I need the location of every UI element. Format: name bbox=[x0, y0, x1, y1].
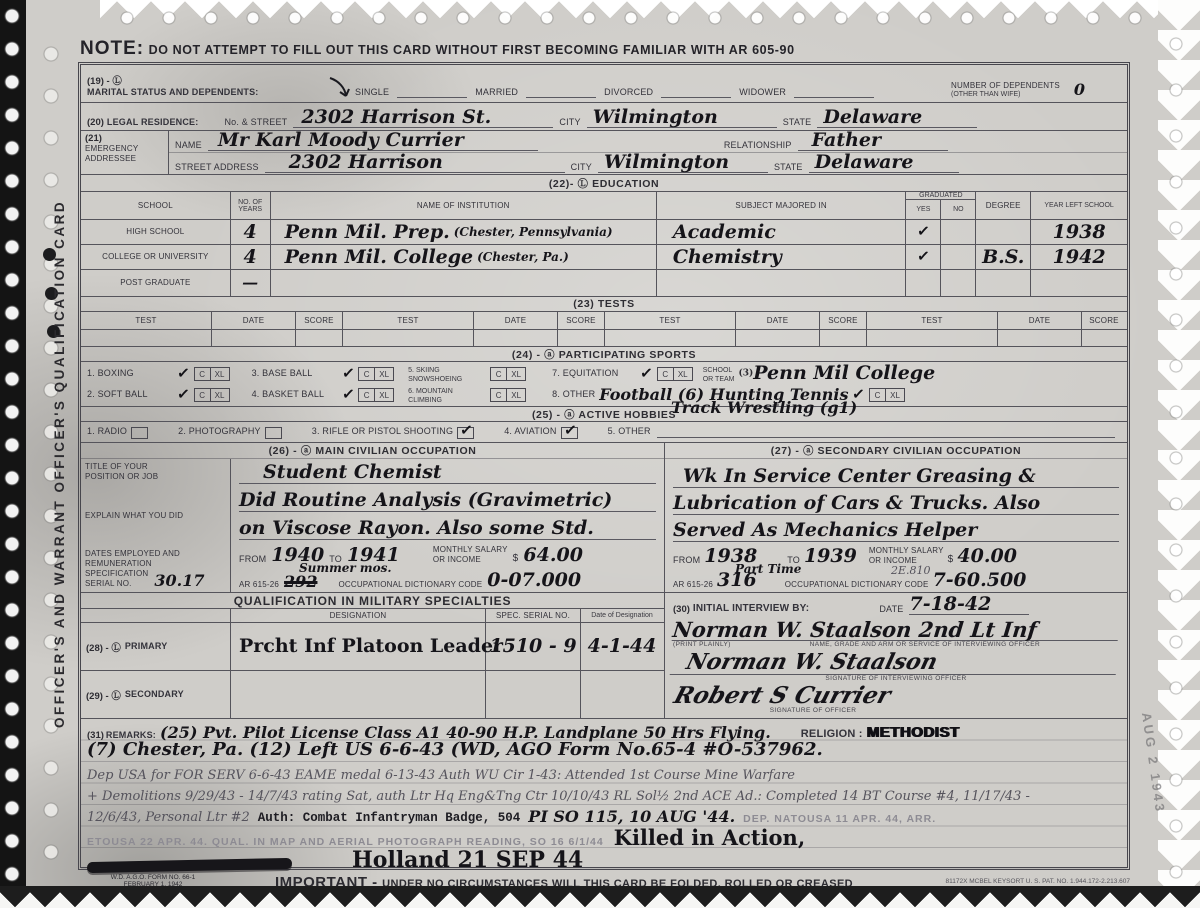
note-text: DO NOT ATTEMPT TO FILL OUT THIS CARD WIT… bbox=[149, 43, 795, 57]
school-or-team-label: SCHOOLOR TEAM bbox=[703, 365, 735, 383]
explain-line-2: on Viscose Rayon. Also some Std. bbox=[239, 518, 656, 540]
sport-boxing: 1. BOXING bbox=[87, 368, 173, 379]
emergency-city-label: CITY bbox=[571, 162, 592, 173]
emergency-city-value: Wilmington bbox=[604, 153, 729, 172]
married-blank bbox=[526, 86, 596, 98]
keysort-notched-edge-bottom bbox=[0, 886, 1200, 908]
explain-label: EXPLAIN WHAT YOU DID bbox=[85, 511, 226, 521]
basketball-cxl-boxes: CXL bbox=[358, 388, 394, 402]
hobbies-title: (25) - ⓐ ACTIVE HOBBIES bbox=[81, 407, 1127, 421]
college-institution-note: (Chester, Pa.) bbox=[477, 251, 569, 263]
section-legal-residence: (20) LEGAL RESIDENCE: No. & STREET 2302 … bbox=[81, 103, 1127, 131]
interview-date-value: 7-18-42 bbox=[909, 595, 1029, 615]
marital-label: MARITAL STATUS AND DEPENDENTS: bbox=[87, 87, 327, 98]
sport-equitation: 7. EQUITATION bbox=[552, 368, 636, 379]
emergency-number: (21) bbox=[85, 133, 164, 144]
relationship-blank: Father bbox=[798, 139, 948, 151]
emergency-state-blank: Delaware bbox=[809, 161, 959, 173]
primary-designation-value: Prcht Inf Platoon Leader bbox=[239, 637, 503, 656]
dependents-block: NUMBER OF DEPENDENTS (OTHER THAN WIFE) 0 bbox=[951, 81, 1121, 98]
emergency-address-value: 2302 Harrison bbox=[289, 153, 443, 172]
check-mark: ✓ bbox=[460, 424, 474, 437]
relationship-label: RELATIONSHIP bbox=[724, 140, 792, 151]
hs-institution-note: (Chester, Pennsylvania) bbox=[454, 226, 613, 238]
form-number: W.D. A.G.O. FORM NO. 66-1 bbox=[78, 874, 228, 881]
sports-row-2: 2. SOFT BALL ✓ CXL 4. BASKET BALL ✓ CXL … bbox=[87, 384, 1121, 405]
secondary-occupation-title: (27) - ⓐ SECONDARY CIVILIAN OCCUPATION bbox=[665, 443, 1127, 459]
tests-col-date: DATE bbox=[505, 316, 527, 326]
sport-mountain: 6. MOUNTAINCLIMBING bbox=[408, 386, 486, 404]
emergency-address-label: STREET ADDRESS bbox=[175, 162, 259, 173]
check-mark: ✓ bbox=[640, 367, 654, 380]
job-label-2: POSITION OR JOB bbox=[85, 472, 226, 482]
dict-code-value: 0-07.000 bbox=[487, 571, 581, 590]
residence-state-label: STATE bbox=[783, 117, 812, 128]
explain-line-1: Did Routine Analysis (Gravimetric) bbox=[239, 490, 656, 512]
boxing-cxl-boxes: CXL bbox=[194, 367, 230, 381]
baseball-cxl-boxes: CXL bbox=[358, 367, 394, 381]
emergency-fields: NAME Mr Karl Moody Currier RELATIONSHIP … bbox=[169, 131, 1127, 174]
secondary-ar-row: AR 615-26 316 Part Time 2E.810 OCCUPATIO… bbox=[673, 571, 1119, 590]
c-box: C bbox=[491, 368, 506, 380]
school-note: (3) bbox=[739, 368, 754, 378]
col-school: SCHOOL bbox=[138, 201, 173, 211]
tests-col-score: SCORE bbox=[828, 316, 857, 326]
shooting-checkbox: ✓ bbox=[457, 427, 474, 439]
sport-baseball: 3. BASE BALL bbox=[252, 368, 338, 379]
residence-label: LEGAL RESIDENCE: bbox=[107, 117, 199, 128]
college-subject: Chemistry bbox=[673, 248, 782, 267]
sport-mountain-line1: 6. MOUNTAIN bbox=[408, 388, 453, 395]
hobby-aviation: 4. AVIATION bbox=[504, 426, 556, 437]
religion-stamp: METHODIST bbox=[867, 724, 960, 741]
marital-options: SINGLE MARRIED DIVORCED WIDOWER bbox=[327, 76, 951, 98]
salary-label-1: MONTHLY SALARY bbox=[433, 545, 508, 554]
c-box: C bbox=[491, 389, 506, 401]
interviewer-name-caption: NAME, GRADE AND ARM OR SERVICE OF INTERV… bbox=[731, 641, 1119, 648]
hobby-other-blank bbox=[657, 426, 1115, 438]
xl-box: XL bbox=[506, 389, 525, 401]
remarks-personal-ltr: 12/6/43, Personal Ltr #2 bbox=[87, 810, 250, 825]
interview-number: (30) bbox=[673, 604, 690, 615]
row-school-label: HIGH SCHOOL bbox=[126, 227, 184, 237]
primary-serial-value: 1510 - 9 bbox=[489, 637, 576, 656]
col-degree: DEGREE bbox=[986, 201, 1021, 211]
pen-arrow-icon bbox=[327, 76, 353, 100]
ar-label: AR 615-26 bbox=[673, 580, 713, 590]
xl-box: XL bbox=[210, 389, 229, 401]
check-mark: ✓ bbox=[341, 388, 355, 401]
col-designation: DESIGNATION bbox=[330, 611, 387, 621]
tests-col-test: TEST bbox=[135, 316, 156, 326]
mountain-cxl-boxes: CXL bbox=[490, 388, 526, 402]
salary-currency: $ bbox=[513, 553, 519, 566]
hobby-photography: 2. PHOTOGRAPHY bbox=[178, 426, 261, 437]
hs-subject: Academic bbox=[673, 223, 776, 242]
college-year-left: 1942 bbox=[1053, 248, 1106, 267]
card-vertical-title: OFFICER'S AND WARRANT OFFICER'S QUALIFIC… bbox=[52, 78, 67, 728]
sports-row-1: 1. BOXING ✓ CXL 3. BASE BALL ✓ CXL 5. SK… bbox=[87, 363, 1121, 384]
emergency-city-blank: Wilmington bbox=[598, 161, 768, 173]
education-header-row: SCHOOL NO. OF YEARS NAME OF INSTITUTION … bbox=[81, 192, 1127, 220]
section-remarks: (31) REMARKS: (25) Pvt. Pilot License Cl… bbox=[81, 719, 1127, 871]
c-box: C bbox=[195, 389, 210, 401]
xl-box: XL bbox=[374, 368, 393, 380]
xl-box: XL bbox=[374, 389, 393, 401]
education-row-college: COLLEGE OR UNIVERSITY 4 Penn Mil. Colleg… bbox=[81, 245, 1127, 270]
tests-col-score: SCORE bbox=[304, 316, 333, 326]
section-occupations: (26) - ⓐ MAIN CIVILIAN OCCUPATION TITLE … bbox=[81, 443, 1127, 593]
radio-checkbox bbox=[131, 427, 148, 439]
main-occupation-title: (26) - ⓐ MAIN CIVILIAN OCCUPATION bbox=[81, 443, 664, 459]
divorced-blank bbox=[661, 86, 731, 98]
pg-years: — bbox=[242, 275, 258, 291]
col-graduated-group: GRADUATED YES NO bbox=[906, 192, 976, 219]
tests-header-row: TEST DATE SCORE TEST DATE SCORE TEST DAT… bbox=[81, 312, 1127, 330]
emergency-name-label: NAME bbox=[175, 140, 202, 151]
job-label-1: TITLE OF YOUR bbox=[85, 462, 226, 472]
aviation-checkbox: ✓ bbox=[561, 427, 578, 439]
col-spec-serial: SPEC. SERIAL NO. bbox=[496, 611, 570, 621]
sport-skiing-line2: SNOWSHOEING bbox=[408, 376, 462, 383]
emergency-state-value: Delaware bbox=[815, 153, 914, 172]
dependents-value: 0 bbox=[1074, 82, 1085, 98]
spec-label-2: SERIAL NO. bbox=[85, 579, 132, 588]
hobby-radio: 1. RADIO bbox=[87, 426, 127, 437]
single-blank bbox=[397, 86, 467, 98]
widower-blank bbox=[794, 86, 874, 98]
marital-label-block: (19) - Ⓛ MARITAL STATUS AND DEPENDENTS: bbox=[87, 73, 327, 98]
note-line: NOTE: DO NOT ATTEMPT TO FILL OUT THIS CA… bbox=[80, 38, 1100, 60]
primary-specialty-row: (28) - Ⓛ PRIMARY Prcht Inf Platoon Leade… bbox=[81, 623, 664, 671]
hs-graduated-check: ✓ bbox=[917, 225, 931, 238]
city-blank: Wilmington bbox=[587, 116, 777, 128]
secondary-specialty-row: (29) - Ⓛ SECONDARY bbox=[81, 671, 664, 718]
interview-header-row: (30) INITIAL INTERVIEW BY: DATE 7-18-42 bbox=[673, 595, 1119, 615]
secondary-occupation-content: Wk In Service Center Greasing & Lubricat… bbox=[665, 459, 1127, 592]
row-school-label: POST GRADUATE bbox=[120, 278, 190, 288]
education-table: SCHOOL NO. OF YEARS NAME OF INSTITUTION … bbox=[81, 191, 1127, 297]
interviewer-name-caption-row: (PRINT PLAINLY) NAME, GRADE AND ARM OR S… bbox=[673, 641, 1119, 648]
tests-col-score: SCORE bbox=[1089, 316, 1118, 326]
check-mark: ✓ bbox=[176, 388, 190, 401]
c-box: C bbox=[359, 389, 374, 401]
initial-interview-panel: (30) INITIAL INTERVIEW BY: DATE 7-18-42 … bbox=[665, 593, 1127, 718]
check-mark: ✓ bbox=[341, 367, 355, 380]
print-plainly-note: (PRINT PLAINLY) bbox=[673, 641, 731, 648]
from-label: FROM bbox=[673, 555, 700, 566]
skiing-cxl-boxes: CXL bbox=[490, 367, 526, 381]
remarks-line-2: (7) Chester, Pa. (12) Left US 6-6-43 (WD… bbox=[87, 741, 1121, 762]
salary-value: 64.00 bbox=[523, 546, 583, 565]
punch-holes-top bbox=[110, 8, 1190, 28]
salary-value: 40.00 bbox=[957, 547, 1017, 566]
hs-years: 4 bbox=[244, 223, 257, 242]
school-or-team-value: (3)Penn Mil College bbox=[739, 364, 936, 383]
specialties-title: QUALIFICATION IN MILITARY SPECIALTIES bbox=[81, 593, 664, 608]
secondary-line-2: Lubrication of Cars & Trucks. Also bbox=[673, 493, 1119, 515]
secondary-number: (29) - Ⓛ bbox=[86, 688, 121, 702]
ar-struck-value: 292 bbox=[284, 574, 317, 590]
from-label: FROM bbox=[239, 554, 266, 565]
sport-skiing: 5. SKIINGSNOWSHOEING bbox=[408, 365, 486, 383]
remarks-line-7: Holland 21 SEP 44 bbox=[87, 848, 1121, 871]
residence-city-label: CITY bbox=[559, 117, 580, 128]
time-note: Part Time bbox=[735, 563, 801, 575]
college-institution: Penn Mil. College bbox=[285, 248, 474, 267]
c-box: C bbox=[870, 389, 885, 401]
remarks-line-1: (31) REMARKS: (25) Pvt. Pilot License Cl… bbox=[87, 721, 1121, 741]
col-institution: NAME OF INSTITUTION bbox=[417, 201, 510, 211]
ar-note: Summer mos. bbox=[299, 562, 392, 574]
option-divorced: DIVORCED bbox=[604, 87, 653, 98]
film-edge-strip bbox=[0, 0, 26, 908]
dependents-label: NUMBER OF DEPENDENTS bbox=[951, 81, 1060, 91]
residence-city-value: Wilmington bbox=[593, 108, 718, 127]
sport-softball: 2. SOFT BALL bbox=[87, 389, 173, 400]
col-years: NO. OF YEARS bbox=[231, 199, 270, 213]
tests-title: (23) TESTS bbox=[81, 297, 1127, 311]
other-cxl-boxes: CXL bbox=[869, 388, 905, 402]
col-graduated: GRADUATED bbox=[906, 192, 975, 200]
emergency-label-cell: (21) EMERGENCY ADDRESSEE bbox=[81, 131, 169, 174]
c-box: C bbox=[658, 368, 673, 380]
ar-label: AR 615-26 bbox=[239, 580, 279, 590]
remarks-pi-so: PI SO 115, 10 AUG '44. bbox=[528, 809, 735, 825]
military-specialties-panel: QUALIFICATION IN MILITARY SPECIALTIES DE… bbox=[81, 593, 665, 718]
punch-holes-right bbox=[1166, 30, 1186, 880]
remarks-etousa: ETOUSA 22 APR. 44. QUAL. IN MAP AND AERI… bbox=[87, 836, 604, 848]
primary-label: PRIMARY bbox=[125, 641, 168, 652]
dict-code-label: OCCUPATIONAL DICTIONARY CODE bbox=[785, 580, 929, 590]
tests-col-date: DATE bbox=[243, 316, 265, 326]
hs-year-left: 1938 bbox=[1053, 223, 1106, 242]
dependents-sub-label: (OTHER THAN WIFE) bbox=[951, 91, 1060, 98]
section-specialties-interview: QUALIFICATION IN MILITARY SPECIALTIES DE… bbox=[81, 593, 1127, 719]
note-prefix: NOTE: bbox=[80, 38, 144, 59]
residence-state-value: Delaware bbox=[823, 108, 922, 127]
salary-currency: $ bbox=[948, 554, 954, 567]
secondary-line-1: Wk In Service Center Greasing & bbox=[673, 465, 1119, 488]
relationship-value: Father bbox=[812, 131, 881, 150]
main-occupation-panel: (26) - ⓐ MAIN CIVILIAN OCCUPATION TITLE … bbox=[81, 443, 665, 592]
state-blank: Delaware bbox=[817, 116, 977, 128]
col-years-value: 4 bbox=[244, 248, 257, 267]
main-ar-row: AR 615-26 292 Summer mos. OCCUPATIONAL D… bbox=[239, 571, 656, 590]
primary-date-value: 4-1-44 bbox=[588, 637, 657, 656]
street-value: 2302 Harrison St. bbox=[301, 108, 491, 127]
equitation-cxl-boxes: CXL bbox=[657, 367, 693, 381]
education-title: (22)- Ⓛ EDUCATION bbox=[81, 175, 1127, 191]
option-widower: WIDOWER bbox=[739, 87, 786, 98]
street-blank: 2302 Harrison St. bbox=[293, 116, 553, 128]
school-value: Penn Mil College bbox=[753, 362, 935, 384]
emergency-state-label: STATE bbox=[774, 162, 803, 173]
xl-box: XL bbox=[506, 368, 525, 380]
college-degree: B.S. bbox=[982, 248, 1024, 267]
college-graduated-check: ✓ bbox=[917, 250, 931, 263]
dict-code-label: OCCUPATIONAL DICTIONARY CODE bbox=[338, 580, 482, 590]
check-mark: ✓ bbox=[563, 424, 577, 437]
section-marital-status: (19) - Ⓛ MARITAL STATUS AND DEPENDENTS: … bbox=[81, 65, 1127, 103]
patent-notice: 81172X MCBEL KEYSORT U. S. PAT. NO. 1.94… bbox=[900, 874, 1130, 885]
tests-col-test: TEST bbox=[921, 316, 942, 326]
killed-in-action-note: Killed in Action, bbox=[614, 827, 805, 848]
school-label-line1: SCHOOL bbox=[703, 367, 733, 374]
remarks-line-6: ETOUSA 22 APR. 44. QUAL. IN MAP AND AERI… bbox=[87, 825, 1121, 847]
row-school-label: COLLEGE OR UNIVERSITY bbox=[102, 252, 208, 262]
col-date-designation: Date of Designation bbox=[591, 612, 652, 619]
to-value: 1939 bbox=[804, 547, 857, 566]
c-box: C bbox=[359, 368, 374, 380]
emergency-address-blank: 2302 Harrison bbox=[265, 161, 565, 173]
sport-skiing-line1: 5. SKIING bbox=[408, 367, 440, 374]
emergency-name-row: NAME Mr Karl Moody Currier RELATIONSHIP … bbox=[169, 131, 1127, 153]
col-year-left: YEAR LEFT SCHOOL bbox=[1044, 202, 1114, 209]
tests-col-test: TEST bbox=[659, 316, 680, 326]
holland-date-note: Holland 21 SEP 44 bbox=[352, 849, 583, 871]
secondary-label: SECONDARY bbox=[125, 689, 184, 700]
xl-box: XL bbox=[210, 368, 229, 380]
remarks-line-3: Dep USA for FOR SERV 6-6-43 EAME medal 6… bbox=[87, 763, 1121, 783]
marital-number: (19) - Ⓛ bbox=[87, 73, 327, 87]
c-box: C bbox=[195, 368, 210, 380]
main-occupation-content: Student Chemist Did Routine Analysis (Gr… bbox=[231, 459, 664, 592]
spec-label-1: SPECIFICATION bbox=[85, 569, 148, 578]
scanned-qualification-card: OFFICER'S AND WARRANT OFFICER'S QUALIFIC… bbox=[0, 0, 1200, 908]
emergency-address-row: STREET ADDRESS 2302 Harrison CITY Wilmin… bbox=[169, 153, 1127, 174]
photography-checkbox bbox=[265, 427, 282, 439]
dates-label-2: REMUNERATION bbox=[85, 559, 226, 569]
secondary-line-3: Served As Mechanics Helper bbox=[673, 520, 1119, 542]
sports-body: 1. BOXING ✓ CXL 3. BASE BALL ✓ CXL 5. SK… bbox=[81, 361, 1127, 407]
tests-empty-row bbox=[81, 330, 1127, 346]
spec-serial-value: 30.17 bbox=[154, 573, 204, 589]
tests-col-test: TEST bbox=[397, 316, 418, 326]
education-row-post-graduate: POST GRADUATE — bbox=[81, 270, 1127, 296]
education-row-high-school: HIGH SCHOOL 4 Penn Mil. Prep.(Chester, P… bbox=[81, 220, 1127, 245]
emergency-label-1: EMERGENCY bbox=[85, 144, 164, 154]
section-emergency-addressee: (21) EMERGENCY ADDRESSEE NAME Mr Karl Mo… bbox=[81, 131, 1127, 175]
emergency-label-2: ADDRESSEE bbox=[85, 154, 164, 164]
dict-code-value: 7-60.500 bbox=[933, 571, 1027, 590]
cib-stamp: Auth: Combat Infantryman Badge, 504 bbox=[258, 811, 521, 825]
remarks-dep-natousa: DEP. NATOUSA 11 APR. 44, ARR. bbox=[743, 813, 936, 825]
dict-faint-note: 2E.810 bbox=[891, 564, 931, 577]
hs-institution: Penn Mil. Prep. bbox=[285, 223, 450, 242]
xl-box: XL bbox=[673, 368, 692, 380]
remarks-line-5: 12/6/43, Personal Ltr #2 Auth: Combat In… bbox=[87, 804, 1121, 825]
sport-mountain-line2: CLIMBING bbox=[408, 397, 442, 404]
col-grad-yes: YES bbox=[906, 200, 941, 219]
xl-box: XL bbox=[885, 389, 904, 401]
tests-col-date: DATE bbox=[1029, 316, 1051, 326]
option-married: MARRIED bbox=[475, 87, 518, 98]
softball-cxl-boxes: CXL bbox=[194, 388, 230, 402]
tests-col-date: DATE bbox=[767, 316, 789, 326]
salary-label-1: MONTHLY SALARY bbox=[869, 546, 944, 555]
interviewer-signature-caption: SIGNATURE OF INTERVIEWING OFFICER bbox=[673, 675, 1119, 682]
option-single: SINGLE bbox=[355, 87, 389, 98]
main-occupation-labels: TITLE OF YOURPOSITION OR JOB EXPLAIN WHA… bbox=[81, 459, 231, 592]
specialties-header-row: DESIGNATION SPEC. SERIAL NO. Date of Des… bbox=[81, 608, 664, 623]
interview-date-label: DATE bbox=[879, 604, 903, 615]
salary-label-2: OR INCOME bbox=[433, 555, 481, 564]
hobby-shooting: 3. RIFLE OR PISTOL SHOOTING bbox=[312, 426, 453, 437]
tests-col-score: SCORE bbox=[566, 316, 595, 326]
sports-title: (24) - ⓐ PARTICIPATING SPORTS bbox=[81, 347, 1127, 361]
col-subject: SUBJECT MAJORED IN bbox=[735, 201, 826, 211]
street-label: No. & STREET bbox=[224, 117, 287, 128]
sport-other-value-2: Track Wrestling (g1) bbox=[671, 400, 857, 416]
redacted-blackout-mark bbox=[87, 858, 292, 873]
tests-table: TEST DATE SCORE TEST DATE SCORE TEST DAT… bbox=[81, 311, 1127, 347]
hobbies-body: 1. RADIO 2. PHOTOGRAPHY 3. RIFLE OR PIST… bbox=[81, 421, 1127, 443]
remarks-line-4: + Demolitions 9/29/43 - 14/7/43 rating S… bbox=[87, 783, 1121, 803]
interviewer-signature: Norman W. Staalson bbox=[670, 648, 1123, 675]
residence-number: (20) bbox=[87, 117, 104, 128]
officer-signature: Robert S Currier bbox=[669, 682, 1122, 707]
check-mark: ✓ bbox=[176, 367, 190, 380]
emergency-name-value: Mr Karl Moody Currier bbox=[218, 131, 464, 150]
interviewer-name-value: Norman W. Staalson 2nd Lt Inf bbox=[672, 615, 1121, 641]
sport-basketball: 4. BASKET BALL bbox=[252, 389, 338, 400]
secondary-occupation-panel: (27) - ⓐ SECONDARY CIVILIAN OCCUPATION W… bbox=[665, 443, 1127, 592]
dates-label-1: DATES EMPLOYED AND bbox=[85, 549, 226, 559]
qualification-form: (19) - Ⓛ MARITAL STATUS AND DEPENDENTS: … bbox=[78, 62, 1130, 870]
job-title-value: Student Chemist bbox=[239, 461, 656, 484]
interview-label: INITIAL INTERVIEW BY: bbox=[693, 603, 809, 616]
hobby-other: 5. OTHER bbox=[608, 426, 651, 437]
primary-number: (28) - Ⓛ bbox=[86, 640, 121, 654]
col-grad-no: NO bbox=[941, 200, 975, 219]
school-label-line2: OR TEAM bbox=[703, 376, 735, 383]
emergency-name-blank: Mr Karl Moody Currier bbox=[208, 139, 538, 151]
sport-other-label: 8. OTHER bbox=[552, 389, 595, 400]
